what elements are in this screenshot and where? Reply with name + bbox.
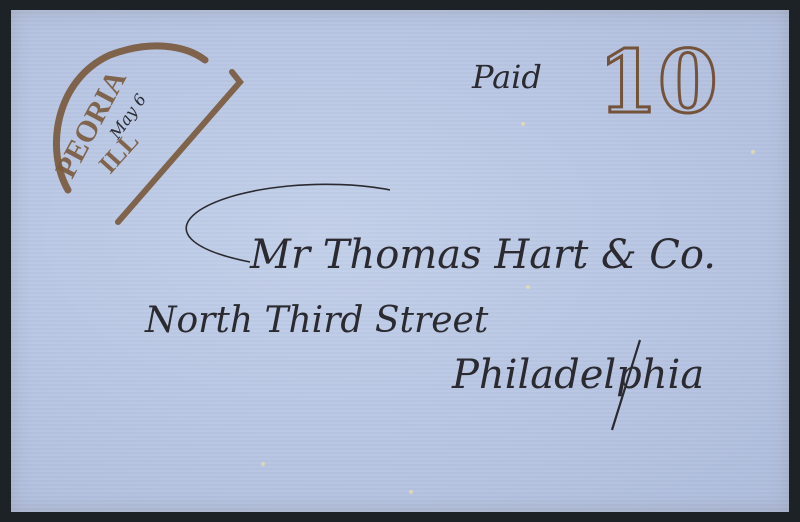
cover-markings: PEORIA ILL May 6 Paid 10 Mr Thomas Hart … xyxy=(0,0,800,522)
address-line-3: Philadelphia xyxy=(451,352,704,398)
address-line-1: Mr Thomas Hart & Co. xyxy=(249,232,716,278)
town-postmark: PEORIA ILL May 6 xyxy=(49,46,240,222)
paid-manuscript: Paid xyxy=(471,58,542,96)
address-line-2: North Third Street xyxy=(144,300,489,341)
rate-handstamp: 10 xyxy=(598,32,718,133)
